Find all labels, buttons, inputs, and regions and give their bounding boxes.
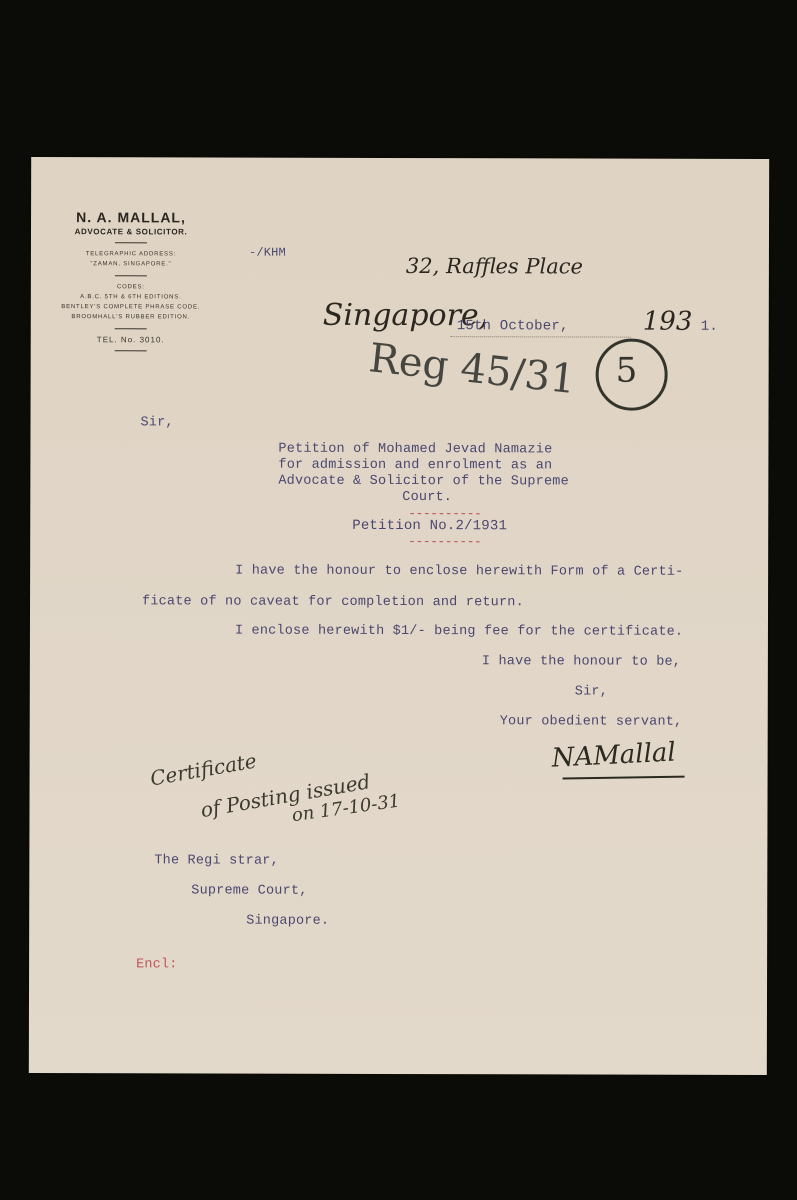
code-line: BROOMHALL'S RUBBER EDITION.: [51, 312, 211, 322]
body-line: I have the honour to enclose herewith Fo…: [235, 564, 683, 580]
divider: [115, 275, 147, 276]
petition-number: Petition No.2/1931: [352, 518, 507, 534]
signature-underline: [563, 776, 685, 780]
street-address: 32, Raffles Place: [406, 254, 583, 278]
telephone: TEL. No. 3010.: [51, 335, 211, 344]
recipient-line: Singapore.: [246, 914, 329, 929]
codes-label: CODES:: [51, 282, 211, 292]
recipient-line: The Regi strar,: [154, 853, 279, 868]
reference-code: -/KHM: [249, 246, 286, 260]
body-line: I enclose herewith $1/- being fee for th…: [235, 624, 683, 640]
recipient-line: Supreme Court,: [191, 883, 307, 898]
year-printed: 193: [643, 307, 693, 337]
subject-line: Petition of Mohamed Jevad Namazie: [278, 442, 552, 458]
divider: [115, 242, 147, 243]
code-line: A.B.C. 5TH & 6TH EDITIONS.: [51, 292, 211, 302]
date-dotted-line: [451, 336, 631, 337]
registry-number: Reg 45/31: [367, 335, 578, 403]
telegraphic-value: "ZAMAN, SINGAPORE.": [51, 259, 211, 269]
subject-line: Advocate & Solicitor of the Supreme: [278, 474, 569, 490]
circled-number: 5: [616, 351, 638, 391]
marginal-note-line: Certificate: [148, 748, 258, 790]
subject-line: Court.: [402, 490, 452, 505]
code-line: BENTLEY'S COMPLETE PHRASE CODE.: [51, 302, 211, 312]
salutation: Sir,: [140, 415, 173, 430]
year-typed: 1.: [701, 319, 718, 335]
date-typed: 15th October,: [457, 318, 569, 334]
telegraphic-label: TELEGRAPHIC ADDRESS:: [51, 249, 211, 259]
closing-line: I have the honour to be,: [482, 654, 681, 670]
subject-line: for admission and enrolment as an: [278, 458, 552, 474]
closing-sir: Sir,: [575, 684, 608, 699]
letterhead-name: N. A. MALLAL,: [51, 209, 211, 225]
letterhead: N. A. MALLAL, ADVOCATE & SOLICITOR. TELE…: [51, 207, 211, 357]
letterhead-title: ADVOCATE & SOLICITOR.: [51, 227, 211, 236]
divider: [115, 328, 147, 329]
signature: NAMallal: [551, 737, 676, 773]
letter-paper: N. A. MALLAL, ADVOCATE & SOLICITOR. TELE…: [29, 157, 769, 1075]
closing-line: Your obedient servant,: [500, 714, 683, 729]
enclosure-label: Encl:: [136, 957, 178, 972]
body-line: ficate of no caveat for completion and r…: [142, 594, 524, 610]
divider: [115, 350, 147, 351]
red-dash-rule: ----------: [408, 534, 481, 549]
